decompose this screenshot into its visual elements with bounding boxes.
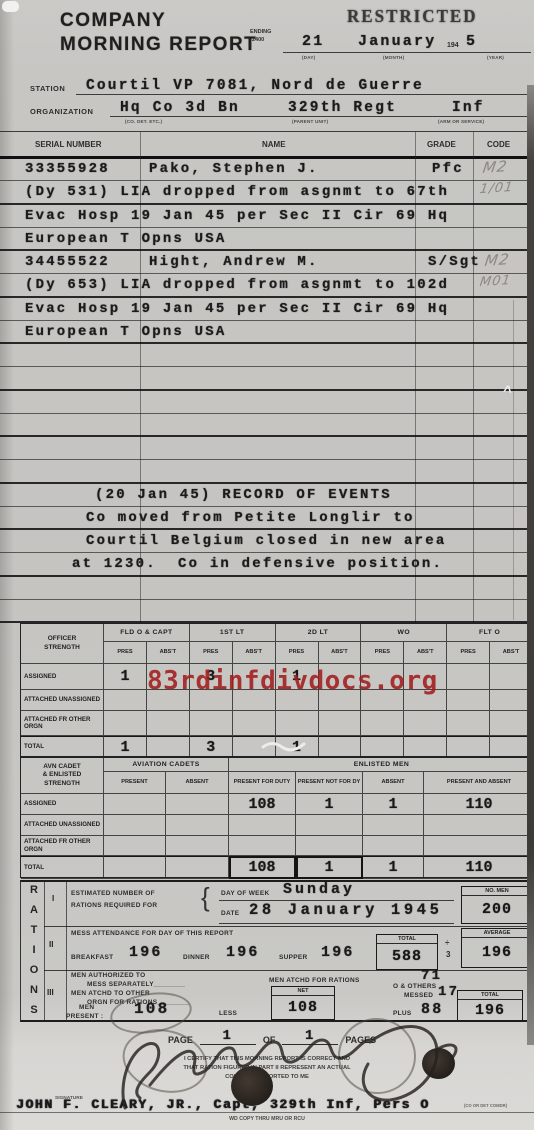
supper-label: SUPPER: [279, 954, 308, 961]
grade: S/Sgt: [428, 254, 481, 270]
total-fldo-pres: 1: [104, 736, 147, 758]
subcol-absent: ABSENT: [363, 772, 424, 794]
date-rule: [283, 52, 531, 53]
organization-arm: Inf: [452, 100, 485, 116]
events-line: at 1230. Co in defensive position.: [72, 556, 443, 572]
events-row: at 1230. Co in defensive position.: [0, 553, 534, 576]
rations-total-box: TOTAL 196: [457, 990, 523, 1022]
group-enlisted-men: ENLISTED MEN: [229, 758, 534, 772]
divide-by: 3: [446, 950, 450, 959]
soldier-name: Pako, Stephen J.: [149, 161, 319, 177]
report-year: 5: [466, 33, 477, 50]
brace: {: [201, 882, 210, 913]
page-number-seg: 1: [200, 1026, 256, 1045]
rations-letter: I: [25, 944, 43, 956]
rations-letter: T: [25, 924, 43, 936]
subcol-pres: PRES: [190, 642, 233, 664]
date-rule-2: [219, 923, 454, 924]
roster-row: (Dy 531) LIA dropped from asgnmt to 67th…: [0, 181, 534, 204]
entry-detail: (Dy 653) LIA dropped from asgnmt to 102d: [25, 277, 449, 293]
part-iii-numeral: III: [47, 988, 54, 997]
less-label: LESS: [219, 1010, 237, 1017]
supper-value: 196: [321, 944, 355, 961]
blank-row: [0, 391, 534, 414]
cell: [447, 664, 490, 690]
soldier-name: Hight, Andrew M.: [149, 254, 319, 270]
roster-row: European T Opns USA: [0, 228, 534, 251]
roster-top-rule: [0, 131, 534, 132]
subcol-abst: ABS'T: [147, 642, 190, 664]
rations-total-label: TOTAL: [458, 991, 522, 1000]
cadet-title2: & ENLISTED: [43, 771, 82, 779]
auth-label-1: MEN AUTHORIZED TO: [71, 972, 145, 979]
roster-row: European T Opns USA: [0, 321, 534, 344]
cell: [166, 794, 229, 815]
atchd-rations-value: 71: [421, 968, 442, 984]
net-value: 108: [288, 996, 318, 1019]
events-row: Co moved from Petite Longlir to: [0, 507, 534, 530]
form-title-line1: COMPANY: [60, 10, 166, 32]
report-month: January: [358, 33, 436, 50]
row-total: TOTAL: [21, 736, 104, 758]
group-wo: WO: [361, 624, 447, 642]
pages-number-seg: 1: [282, 1026, 338, 1045]
average-value: 196: [482, 938, 512, 967]
page-number: 1: [223, 1028, 234, 1044]
unit-sublabel: (CO. DET. ETC.): [125, 119, 162, 124]
entry-detail: Evac Hosp 19 Jan 45 per Sec II Cir 69 Hq: [25, 208, 449, 224]
blank-row: [0, 344, 534, 367]
subcol-abst: ABS'T: [233, 642, 276, 664]
group-2d-lt: 2D LT: [276, 624, 362, 642]
blank-row: [0, 414, 534, 437]
col-name: NAME: [262, 140, 286, 149]
roster-row: Evac Hosp 19 Jan 45 per Sec II Cir 69 Hq: [0, 298, 534, 321]
restricted-stamp: RESTRICTED: [347, 7, 478, 28]
no-men-box: NO. MEN 200: [461, 886, 533, 924]
entry-detail: European T Opns USA: [25, 231, 226, 247]
arm-sublabel: (ARM OR SERVICE): [438, 119, 484, 124]
subcol-abst: ABS'T: [404, 642, 447, 664]
col-code: CODE: [487, 140, 510, 149]
part-ii-numeral: II: [49, 940, 53, 949]
plus-label: PLUS: [393, 1010, 412, 1017]
station-rule: [76, 94, 530, 95]
others-label-1: O & OTHERS: [393, 983, 436, 990]
handwritten-code: M2: [484, 250, 511, 270]
estimated-label-1: ESTIMATED NUMBER OF: [71, 890, 155, 897]
cell: [447, 736, 490, 758]
men-label: MEN: [79, 1004, 94, 1011]
plus-value: 88: [421, 1001, 443, 1018]
net-box: NET 108: [271, 986, 335, 1020]
signature-typed-name: JOHN F. CLEARY, JR., Capt, 329th Inf, Pe…: [16, 1097, 430, 1112]
blank-row: [0, 437, 534, 460]
scan-edge-right: [527, 85, 534, 1045]
cell: [319, 711, 362, 736]
cell: [319, 736, 362, 758]
report-day: 21: [302, 33, 324, 50]
mess-total-box: TOTAL 588: [376, 934, 438, 970]
rations-rule-1: [44, 926, 533, 927]
organization-label: ORGANIZATION: [30, 107, 93, 116]
subcol-pres: PRES: [104, 642, 147, 664]
serial-number: 34455522: [25, 254, 110, 270]
cell: [104, 836, 166, 856]
day-of-week-value: Sunday: [283, 881, 355, 898]
subcol-present-not-for-dy: PRESENT NOT FOR DY: [296, 772, 363, 794]
officer-strength-title1: OFFICER: [48, 635, 77, 643]
events-line: Courtil Belgium closed in new area: [86, 533, 446, 549]
net-label: NET: [272, 987, 334, 996]
parent-sublabel: (PARENT UNIT): [292, 119, 328, 124]
row-attached-fr-other: ATTACHED FR OTHER ORGN: [21, 836, 104, 856]
signature-rule: [0, 1112, 534, 1113]
cadet-enlisted-header: AVN CADET & ENLISTED STRENGTH: [21, 758, 104, 794]
rations-letter: R: [25, 884, 43, 896]
mess-attendance-label: MESS ATTENDANCE FOR DAY OF THIS REPORT: [71, 930, 233, 937]
cell: [166, 856, 229, 879]
date-label: DATE: [221, 910, 239, 917]
entry-detail: Evac Hosp 19 Jan 45 per Sec II Cir 69 Hq: [25, 301, 449, 317]
scan-artifact: [2, 1, 19, 12]
blank-row: [0, 460, 534, 483]
day-of-week-label: DAY OF WEEK: [221, 890, 269, 897]
breakfast-label: BREAKFAST: [71, 954, 113, 961]
entry-detail: (Dy 531) LIA dropped from asgnmt to 67th: [25, 184, 449, 200]
events-row: Courtil Belgium closed in new area: [0, 530, 534, 553]
events-title-row: (20 Jan 45) RECORD OF EVENTS: [0, 484, 534, 507]
roster-row: Evac Hosp 19 Jan 45 per Sec II Cir 69 Hq: [0, 205, 534, 228]
cell: [363, 836, 424, 856]
cadet-title1: AVN CADET: [43, 763, 80, 771]
dinner-value: 196: [226, 944, 260, 961]
rations-letter: N: [25, 984, 43, 996]
cell: [104, 711, 147, 736]
rations-letter: S: [25, 1004, 43, 1016]
cell: [363, 815, 424, 836]
morning-report-document: COMPANY MORNING REPORT RESTRICTED ENDING…: [0, 0, 534, 1130]
assigned-present-and-absent: 110: [424, 794, 534, 815]
subcol-pres: PRES: [447, 642, 490, 664]
handwritten-code: 1/01: [479, 180, 515, 197]
total-2lt-pres: 1: [276, 736, 319, 758]
group-aviation-cadets: AVIATION CADETS: [104, 758, 229, 772]
cell: [166, 815, 229, 836]
mess-total-value: 588: [392, 944, 422, 969]
subcol-av-present: PRESENT: [104, 772, 166, 794]
cell: [147, 711, 190, 736]
officer-strength-title2: STRENGTH: [44, 644, 80, 652]
cadet-title3: STRENGTH: [44, 780, 80, 788]
cell: [190, 711, 233, 736]
cell: [147, 736, 190, 758]
cell: [104, 690, 147, 711]
no-men-value: 200: [482, 896, 512, 923]
form-title-line2: MORNING REPORT: [60, 34, 257, 56]
total-absent: 1: [363, 856, 424, 879]
col-grade: GRADE: [427, 140, 456, 149]
station-value: Courtil VP 7081, Nord de Guerre: [86, 78, 424, 94]
group-1st-lt: 1ST LT: [190, 624, 276, 642]
station-label: STATION: [30, 84, 65, 93]
grade: Pfc: [432, 161, 464, 177]
serial-number: 33355928: [25, 161, 110, 177]
cell: [229, 815, 296, 836]
record-of-events-title: (20 Jan 45) RECORD OF EVENTS: [95, 487, 392, 503]
rations-vline-numerals: [66, 882, 67, 1022]
blank-row: [0, 577, 534, 600]
punch-hole-left: [231, 1066, 273, 1106]
rations-total-value: 196: [475, 1000, 505, 1021]
cell: [233, 711, 276, 736]
year-sublabel: (YEAR): [487, 55, 504, 60]
subcol-pres: PRES: [361, 642, 404, 664]
cell: [233, 736, 276, 758]
cadet-enlisted-table: AVN CADET & ENLISTED STRENGTH AVIATION C…: [20, 757, 534, 878]
cell: [361, 736, 404, 758]
no-men-label: NO. MEN: [462, 887, 532, 896]
officer-strength-header: OFFICER STRENGTH: [21, 624, 104, 664]
blank-row: [0, 367, 534, 390]
divide-sign: ÷: [445, 938, 449, 947]
roster-row: (Dy 653) LIA dropped from asgnmt to 102d…: [0, 274, 534, 297]
date-value: 28 January 1945: [249, 901, 443, 919]
cell: [404, 711, 447, 736]
day-sublabel: (DAY): [302, 55, 315, 60]
cell: [361, 711, 404, 736]
signature-note: (CO OR DET COMDR): [464, 1103, 507, 1108]
average-box: AVERAGE 196: [461, 928, 533, 968]
handwritten-code: M2: [482, 157, 509, 177]
assigned-fldo-pres: 1: [104, 664, 147, 690]
distribution-note: WD COPY THRU MRU OR RCU: [0, 1116, 534, 1122]
part-i-numeral: I: [52, 894, 54, 903]
roster-row: 33355928 Pako, Stephen J. Pfc M2: [0, 158, 534, 181]
row-assigned: ASSIGNED: [21, 664, 104, 690]
atchd-rations-label: MEN ATCHD FOR RATIONS: [269, 977, 360, 984]
group-fldo-capt: FLD O & CAPT: [104, 624, 190, 642]
assigned-present-for-duty: 108: [229, 794, 296, 815]
rations-letter: O: [25, 964, 43, 976]
row-attached-fr-other: ATTACHED FR OTHER ORGN: [21, 711, 104, 736]
punch-hole-right: [422, 1048, 455, 1079]
cell: [166, 836, 229, 856]
cell: [104, 794, 166, 815]
pages-number: 1: [305, 1028, 316, 1044]
cell: [404, 736, 447, 758]
roster-body: 33355928 Pako, Stephen J. Pfc M2 (Dy 531…: [0, 158, 534, 623]
cell: [276, 711, 319, 736]
cell: [104, 856, 166, 879]
of-label: OF: [263, 1035, 276, 1045]
others-label-2: MESSED: [404, 992, 433, 999]
breakfast-value: 196: [129, 944, 163, 961]
rations-section: R A T I O N S I II III ESTIMATED NUMBER …: [20, 880, 534, 1022]
assigned-present-not-for-dy: 1: [296, 794, 363, 815]
roster-row: 34455522 Hight, Andrew M. S/Sgt M2: [0, 251, 534, 274]
blank-row: [0, 600, 534, 623]
ending-time: 2400: [252, 37, 264, 43]
watermark-text: 83rdinfdivdocs.org: [147, 666, 438, 696]
row-assigned: ASSIGNED: [21, 794, 104, 815]
dinner-label: DINNER: [183, 954, 210, 961]
total-1lt-pres: 3: [190, 736, 233, 758]
cell: [104, 815, 166, 836]
organization-parent: 329th Regt: [288, 100, 397, 116]
row-total: TOTAL: [21, 856, 104, 879]
subcol-pres: PRES: [276, 642, 319, 664]
total-present-for-duty: 108: [229, 856, 296, 879]
group-flt-o: FLT O: [447, 624, 533, 642]
cell: [424, 836, 534, 856]
cell: [447, 690, 490, 711]
cell: [424, 815, 534, 836]
total-present-not-for-dy: 1: [296, 856, 363, 879]
rations-letter: A: [25, 904, 43, 916]
average-label: AVERAGE: [462, 929, 532, 938]
year-printed: 194: [447, 42, 459, 49]
entry-detail: European T Opns USA: [25, 324, 226, 340]
assigned-absent: 1: [363, 794, 424, 815]
present-label: PRESENT :: [66, 1013, 103, 1020]
auth-label-2: MESS SEPARATELY________: [87, 981, 185, 988]
subcol-abst: ABS'T: [319, 642, 362, 664]
rations-vline-letters: [44, 882, 45, 1022]
handwritten-code: M01: [479, 273, 512, 290]
total-present-and-absent: 110: [424, 856, 534, 879]
mess-total-label: TOTAL: [377, 935, 437, 944]
events-line: Co moved from Petite Longlir to: [86, 510, 415, 526]
subcol-present-for-duty: PRESENT FOR DUTY: [229, 772, 296, 794]
month-sublabel: (MONTH): [383, 55, 404, 60]
cell: [296, 815, 363, 836]
cell: [229, 836, 296, 856]
cell: [296, 836, 363, 856]
organization-rule: [110, 116, 530, 117]
ending-label: ENDING: [250, 29, 271, 35]
estimated-label-2: RATIONS REQUIRED FOR: [71, 902, 157, 909]
col-serial-number: SERIAL NUMBER: [35, 140, 102, 149]
row-attached-unassigned: ATTACHED UNASSIGNED: [21, 815, 104, 836]
row-attached-unassigned: ATTACHED UNASSIGNED: [21, 690, 104, 711]
subcol-av-absent: ABSENT: [166, 772, 229, 794]
cell: [447, 711, 490, 736]
organization-unit: Hq Co 3d Bn: [120, 100, 240, 116]
subcol-present-and-absent: PRESENT AND ABSENT: [424, 772, 534, 794]
